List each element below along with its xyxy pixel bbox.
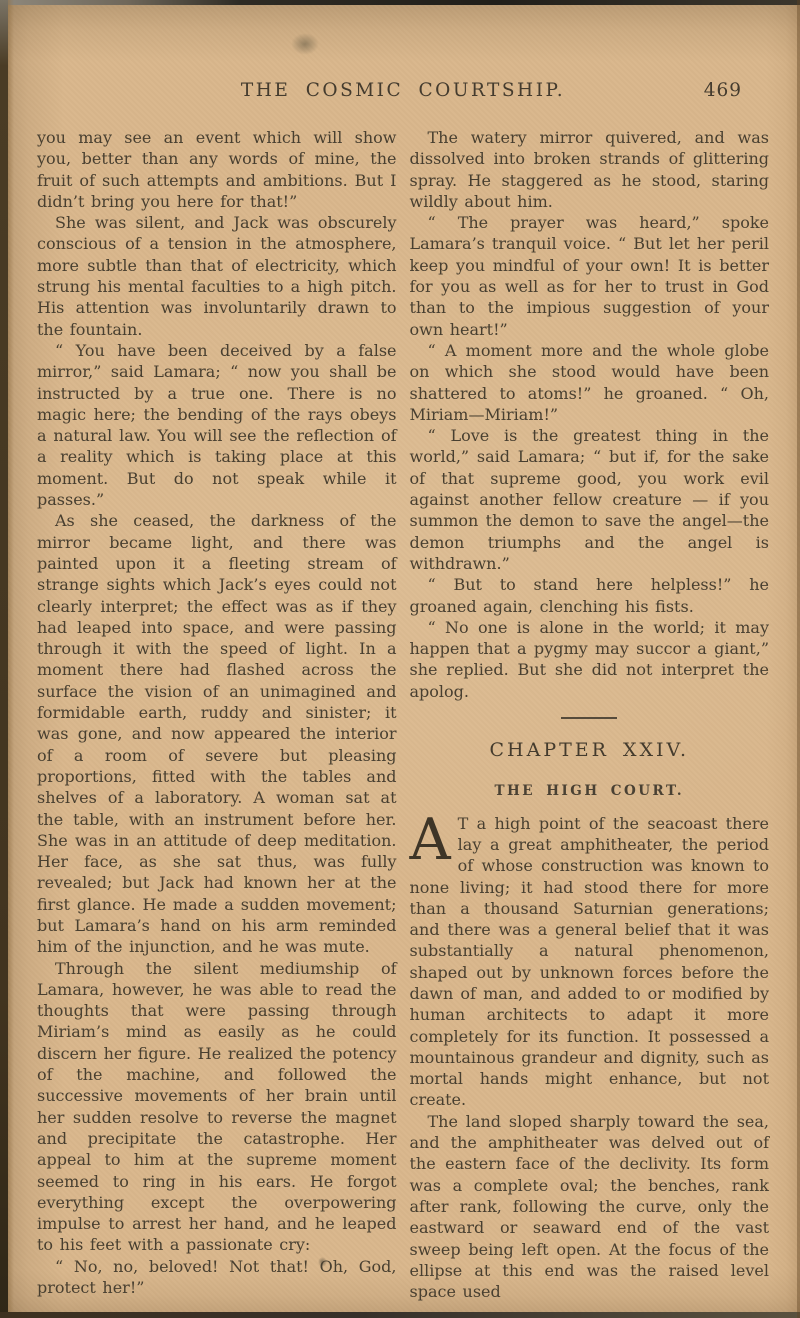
running-header: THE COSMIC COURTSHIP. 469 (37, 80, 769, 106)
paragraph: “ But to stand here helpless!” he groane… (410, 574, 770, 617)
scan-edge-top (0, 0, 800, 5)
paragraph: “ Love is the greatest thing in the worl… (410, 425, 770, 574)
text-columns: you may see an event which will show you… (37, 127, 769, 1302)
chapter-heading: CHAPTER XXIV. (410, 740, 770, 761)
paragraph: “ No one is alone in the world; it may h… (410, 617, 770, 702)
book-title: THE COSMIC COURTSHIP. (37, 80, 769, 101)
page-content: THE COSMIC COURTSHIP. 469 you may see an… (37, 0, 769, 1302)
paragraph: “ A moment more and the whole globe on w… (410, 340, 770, 425)
paragraph: Through the silent mediumship of Lamara,… (37, 958, 397, 1256)
scan-edge-bottom (0, 1312, 800, 1318)
left-column: you may see an event which will show you… (37, 127, 397, 1302)
drop-cap-initial: A (410, 813, 458, 865)
paragraph: As she ceased, the darkness of the mirro… (37, 510, 397, 957)
chapter-subheading: THE HIGH COURT. (410, 781, 770, 802)
paragraph: “ The prayer was heard,” spoke Lamara’s … (410, 212, 770, 340)
paragraph: “ You have been deceived by a false mirr… (37, 340, 397, 510)
scan-edge-left (0, 0, 8, 1318)
chapter-opening-paragraph: AT a high point of the seacoast there la… (410, 813, 770, 1111)
paragraph: The watery mirror quivered, and was diss… (410, 127, 770, 212)
right-column: The watery mirror quivered, and was diss… (410, 127, 770, 1302)
book-page-scan: THE COSMIC COURTSHIP. 469 you may see an… (0, 0, 800, 1318)
paragraph: She was silent, and Jack was obscurely c… (37, 212, 397, 340)
paragraph: you may see an event which will show you… (37, 127, 397, 212)
scan-edge-left-shadow (8, 0, 14, 1318)
chapter-opening-text: T a high point of the seacoast there lay… (410, 814, 770, 1110)
page-number: 469 (704, 80, 742, 101)
section-divider-rule (561, 717, 617, 719)
paragraph: The land sloped sharply toward the sea, … (410, 1111, 770, 1303)
paragraph: “ No, no, beloved! Not that! Oh, God, pr… (37, 1256, 397, 1299)
